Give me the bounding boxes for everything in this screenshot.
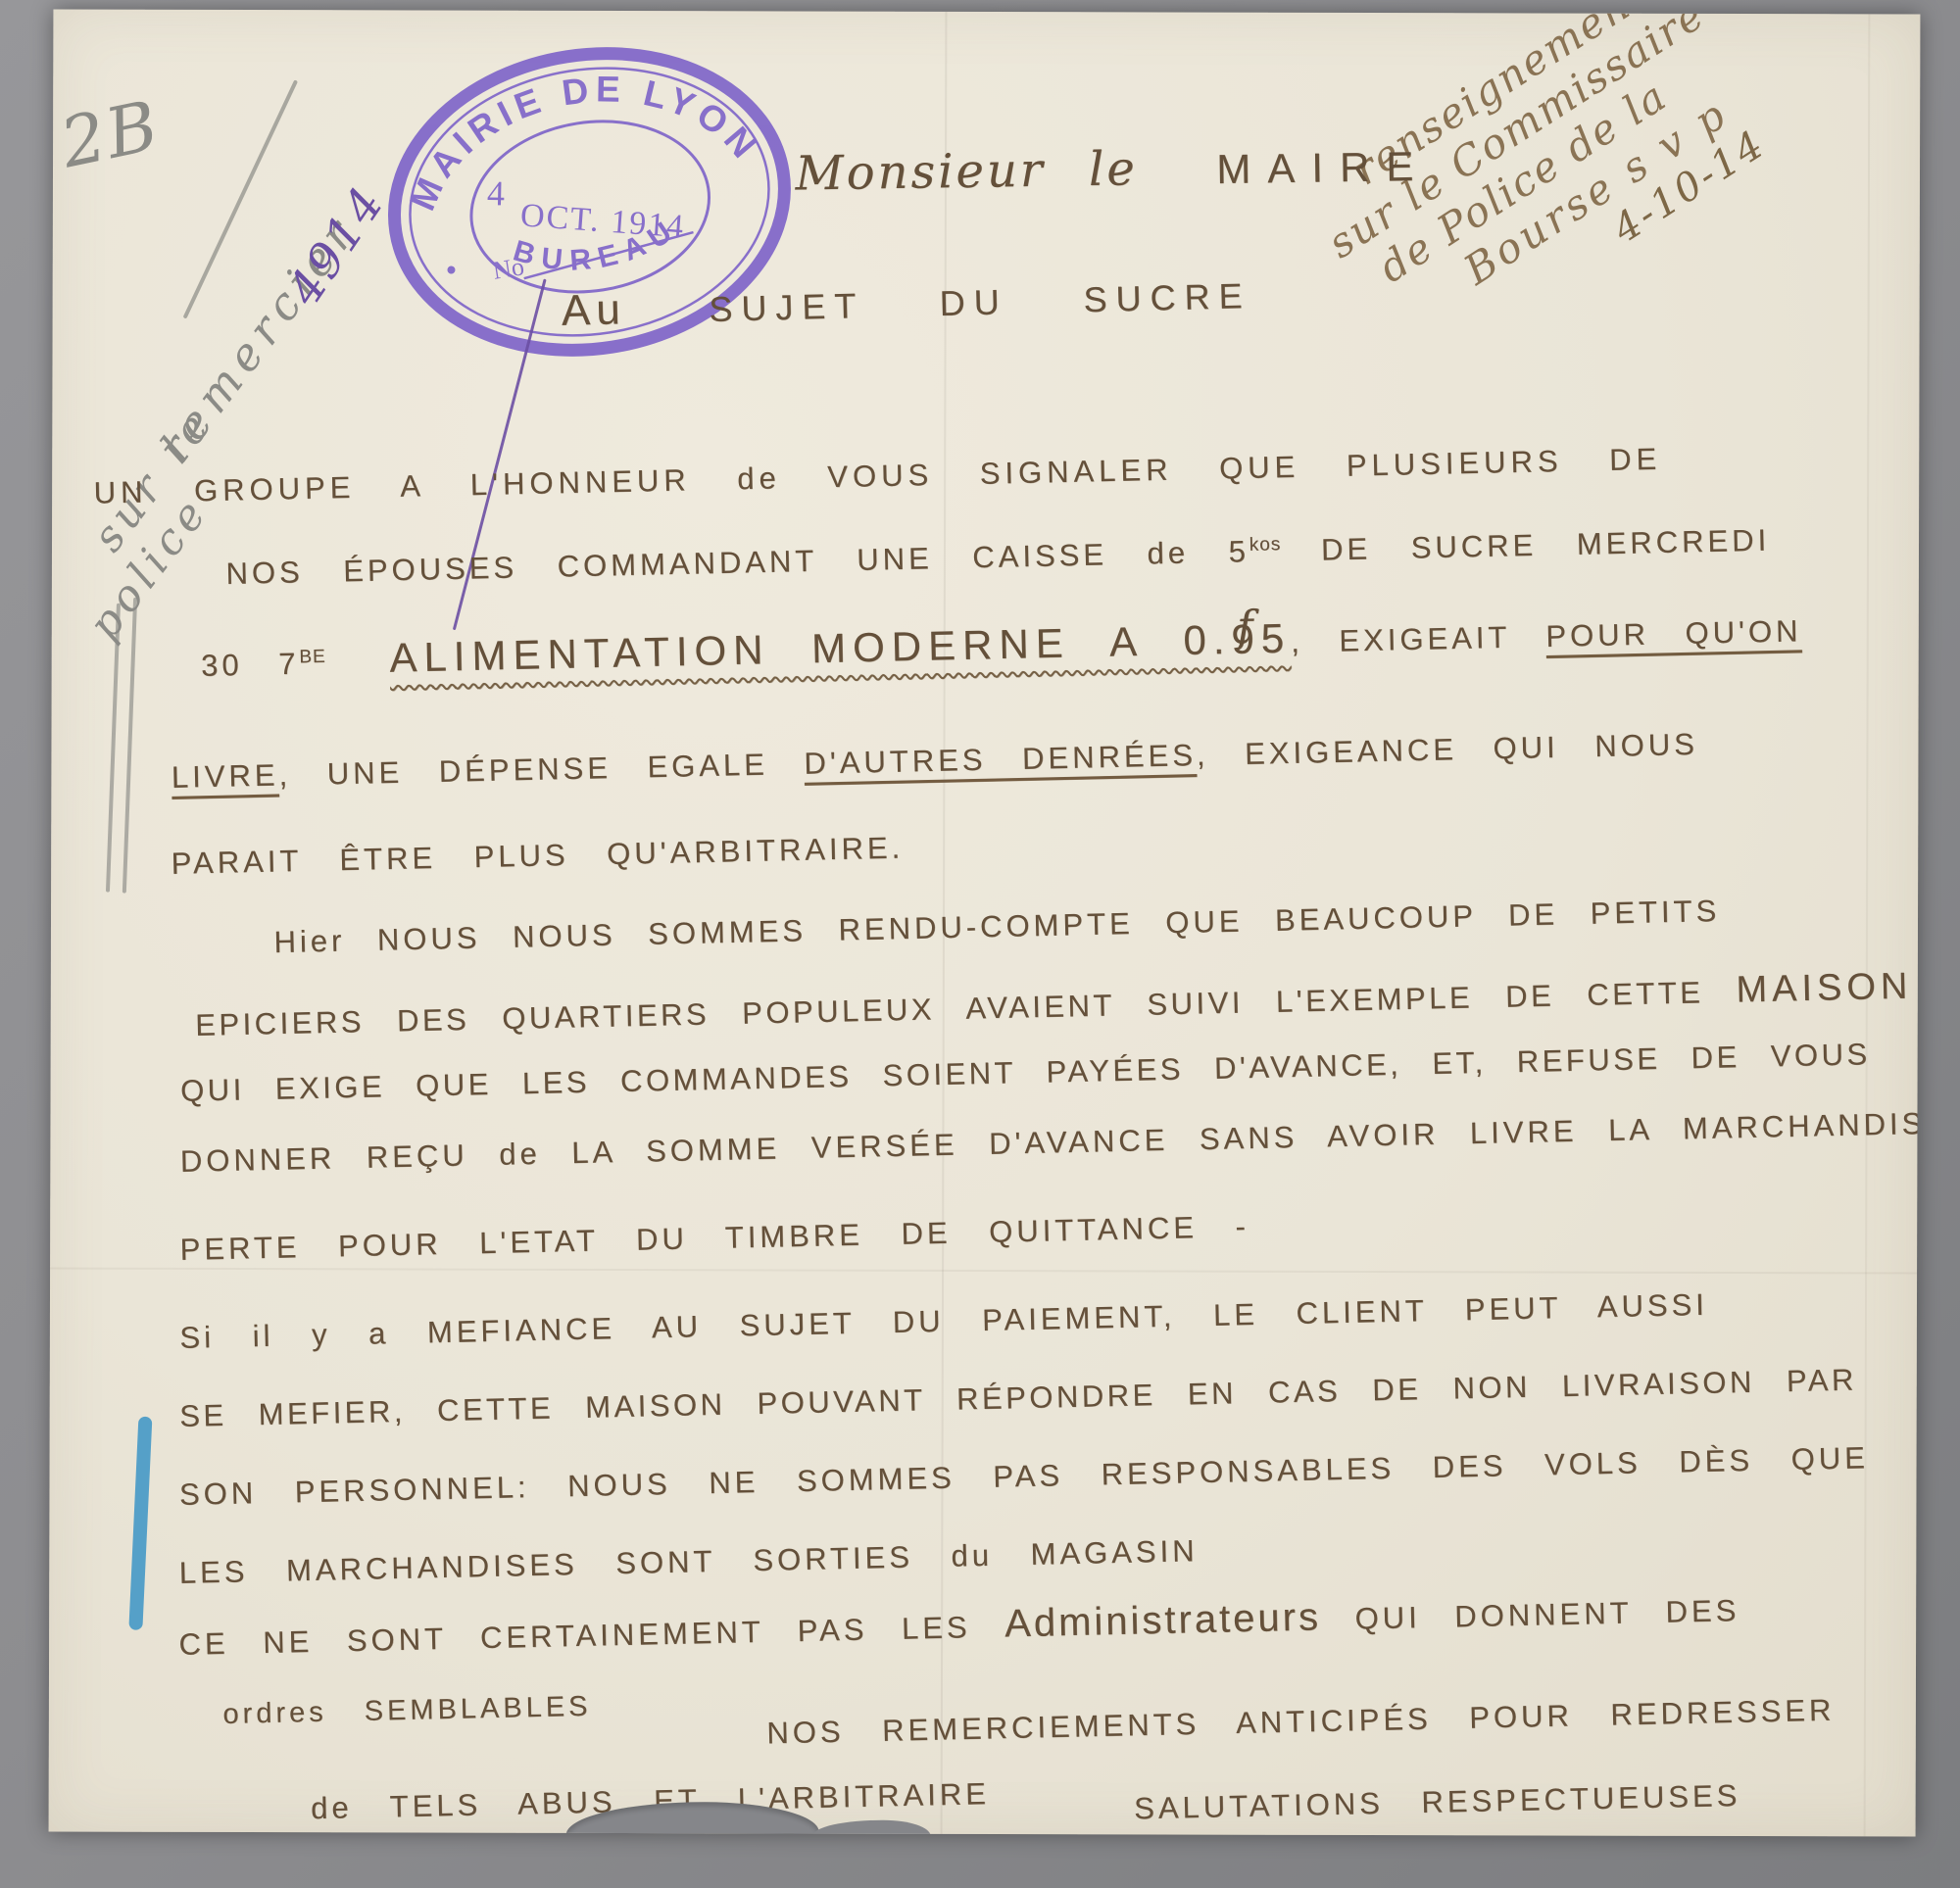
- photographed-letter-scan: MAIRIE DE LYON BUREAU 4 OCT. 1914 No 2B …: [0, 0, 1960, 1888]
- salutation-caps: MAIRE: [1216, 143, 1431, 192]
- septembre-superscript: BE: [299, 647, 326, 668]
- line15-tail: QUI DONNENT DES: [1321, 1593, 1740, 1636]
- letter-line-8: QUI EXIGE QUE LES COMMANDES SOIENT PAYÉE…: [180, 1037, 1871, 1109]
- kilos-superscript: kos: [1249, 534, 1282, 556]
- vertical-fold-crease: [1864, 14, 1871, 1836]
- letter-line-6: Hier NOUS NOUS SOMMES RENDU-COMPTE QUE B…: [273, 894, 1720, 960]
- letter-line-5: PARAIT ÊTRE PLUS QU'ARBITRAIRE.: [171, 831, 904, 882]
- letter-line-15: CE NE SONT CERTAINEMENT PAS LES Administ…: [178, 1586, 1740, 1665]
- maison-emphasis: MAISON: [1736, 966, 1913, 1011]
- subject-au: Au: [561, 285, 626, 335]
- letter-line-12: SE MEFIER, CETTE MAISON POUVANT RÉPONDRE…: [179, 1363, 1857, 1434]
- letter-line-3: 30 7BE ALIMENTATION MODERNE A 0.95, EXIG…: [201, 604, 1802, 686]
- letter-line-14: LES MARCHANDISES SONT SORTIES du MAGASIN: [178, 1533, 1198, 1591]
- line4-underlined-livre: LIVRE: [171, 757, 279, 794]
- line15-text: CE NE SONT CERTAINEMENT PAS LES: [178, 1609, 1004, 1661]
- stamp-date: OCT. 1914: [519, 197, 687, 245]
- letter-line-10: PERTE POUR L'ETAT DU TIMBRE DE QUITTANCE…: [179, 1209, 1249, 1268]
- letter-line-1: UN GROUPE A L'HONNEUR de VOUS SIGNALER Q…: [93, 442, 1661, 511]
- stamp-number-label: No: [491, 252, 526, 285]
- letter-line-7: EPICIERS DES QUARTIERS POPULEUX AVAIENT …: [195, 966, 1913, 1045]
- line4-tail: , EXIGEANCE QUI NOUS: [1197, 727, 1699, 772]
- mairie-de-lyon-stamp: MAIRIE DE LYON BUREAU 4 OCT. 1914 No: [352, 10, 828, 401]
- pencil-margin-bar: [106, 604, 121, 893]
- line3-mid: , EXIGEAIT: [1291, 619, 1546, 659]
- subject-rest: SUJET DU SUCRE: [709, 275, 1251, 329]
- letter-line-16a: ordres SEMBLABLES: [222, 1691, 592, 1731]
- letter-line-9: DONNER REÇU de LA SOMME VERSÉE D'AVANCE …: [180, 1105, 1921, 1179]
- administrateurs-emphasis: Administrateurs: [1004, 1595, 1322, 1645]
- letter-line-17b: SALUTATIONS RESPECTUEUSES: [1134, 1778, 1741, 1827]
- letter-line-11: Si il y a MEFIANCE AU SUJET DU PAIEMENT,…: [179, 1287, 1708, 1356]
- letter-line-4: LIVRE, UNE DÉPENSE EGALE D'AUTRES DENRÉE…: [171, 727, 1699, 796]
- line4-underlined-denrees: D'AUTRES DENRÉES: [804, 738, 1197, 781]
- line3-underlined: POUR QU'ON: [1545, 613, 1802, 654]
- letter-paper: MAIRIE DE LYON BUREAU 4 OCT. 1914 No 2B …: [49, 10, 1921, 1837]
- pencil-initials: 2B: [54, 85, 167, 184]
- letter-line-16b: NOS REMERCIEMENTS ANTICIPÉS POUR REDRESS…: [766, 1693, 1836, 1752]
- routing-note: renseignements sur le Commissaire de Pol…: [1253, 10, 1920, 412]
- line2-text: NOS ÉPOUSES COMMANDANT UNE CAISSE de 5: [225, 534, 1249, 591]
- line7-text: EPICIERS DES QUARTIERS POPULEUX AVAIENT …: [195, 975, 1737, 1042]
- blue-crayon-margin-mark: [128, 1417, 152, 1630]
- salutation: Monsieur le MAIRE: [795, 137, 1431, 202]
- stamp-left-dot: [447, 266, 456, 274]
- torn-edge-notch: [813, 1820, 931, 1836]
- salutation-script: Monsieur le: [795, 141, 1138, 201]
- store-name-price: ALIMENTATION MODERNE A 0.95: [389, 615, 1292, 681]
- line4-mid: , UNE DÉPENSE EGALE: [278, 747, 805, 793]
- line2-tail: DE SUCRE MERCREDI: [1321, 523, 1771, 567]
- letter-line-2: NOS ÉPOUSES COMMANDANT UNE CAISSE de 5ko…: [225, 523, 1770, 592]
- horizontal-fold-crease: [50, 1268, 1917, 1275]
- pencil-margin-bar: [122, 598, 137, 894]
- letter-line-13: SON PERSONNEL: NOUS NE SOMMES PAS RESPON…: [179, 1440, 1870, 1513]
- stamp-day: 4: [487, 173, 506, 213]
- date-7bre: 30 7: [201, 647, 300, 683]
